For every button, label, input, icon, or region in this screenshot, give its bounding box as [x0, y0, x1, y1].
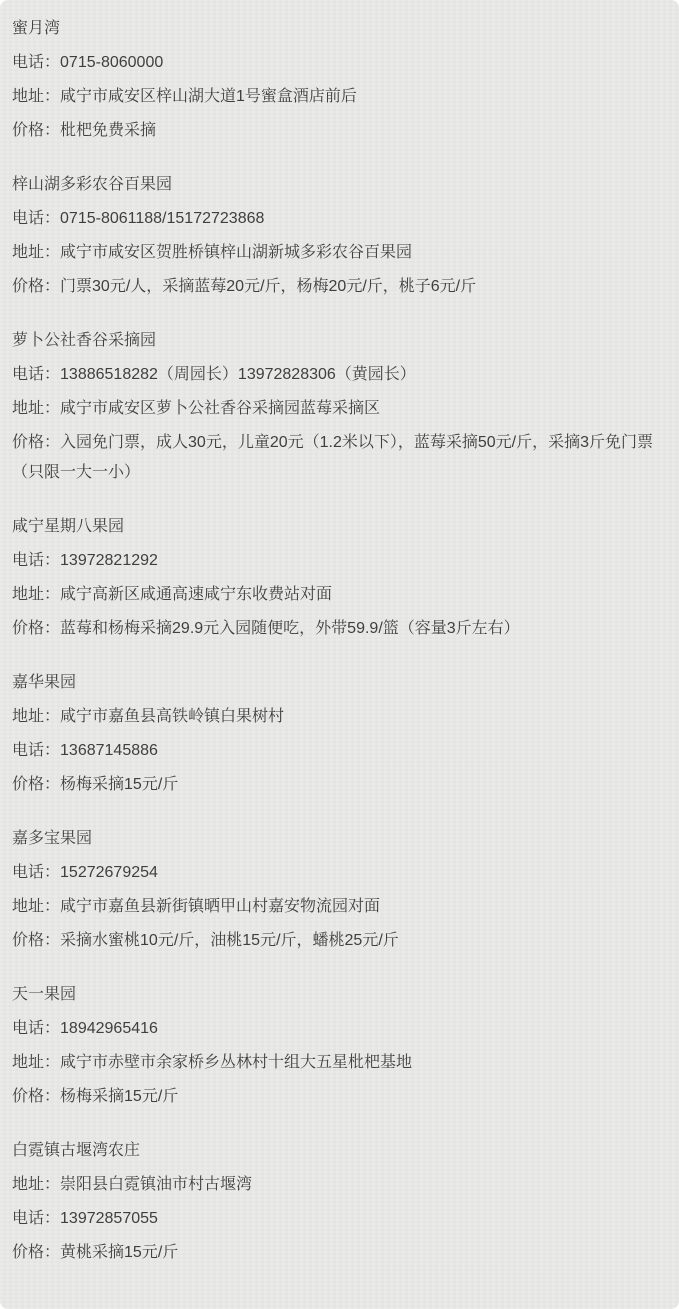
farm-detail-line: 电话：15272679254 — [12, 858, 663, 888]
detail-label: 价格 — [12, 278, 44, 295]
farm-detail-line: 地址：咸宁市咸安区梓山湖大道1号蜜盒酒店前后 — [12, 82, 663, 112]
farm-section: 嘉多宝果园 电话：15272679254 地址：咸宁市嘉鱼县新街镇晒甲山村嘉安物… — [12, 824, 663, 956]
colon-separator: ： — [44, 434, 60, 451]
detail-label: 地址 — [12, 898, 44, 915]
colon-separator: ： — [44, 54, 60, 71]
detail-label: 价格 — [12, 932, 44, 949]
detail-value: 咸宁市咸安区梓山湖大道1号蜜盒酒店前后 — [60, 88, 357, 105]
farm-detail-line: 电话：0715-8060000 — [12, 48, 663, 78]
detail-label: 电话 — [12, 210, 44, 227]
farm-detail-line: 地址：咸宁高新区咸通高速咸宁东收费站对面 — [12, 580, 663, 610]
farm-name: 嘉多宝果园 — [12, 824, 663, 854]
detail-value: 杨梅采摘15元/斤 — [60, 1088, 178, 1105]
detail-value: 咸宁市咸安区贺胜桥镇梓山湖新城多彩农谷百果园 — [60, 244, 412, 261]
detail-label: 价格 — [12, 776, 44, 793]
detail-label: 电话 — [12, 1210, 44, 1227]
colon-separator: ： — [44, 1244, 60, 1261]
detail-value: 咸宁市咸安区萝卜公社香谷采摘园蓝莓采摘区 — [60, 400, 380, 417]
detail-label: 电话 — [12, 1020, 44, 1037]
farm-detail-line: 地址：咸宁市赤壁市余家桥乡丛林村十组大五星枇杷基地 — [12, 1048, 663, 1078]
detail-value: 咸宁市嘉鱼县高铁岭镇白果树村 — [60, 708, 284, 725]
colon-separator: ： — [44, 400, 60, 417]
colon-separator: ： — [44, 1020, 60, 1037]
colon-separator: ： — [44, 366, 60, 383]
detail-label: 电话 — [12, 742, 44, 759]
farm-detail-line: 地址：咸宁市咸安区贺胜桥镇梓山湖新城多彩农谷百果园 — [12, 238, 663, 268]
detail-value: 蓝莓和杨梅采摘29.9元入园随便吃，外带59.9/篮（容量3斤左右） — [60, 620, 520, 637]
colon-separator: ： — [44, 1054, 60, 1071]
colon-separator: ： — [44, 708, 60, 725]
detail-label: 电话 — [12, 54, 44, 71]
farm-detail-line: 价格：门票30元/人，采摘蓝莓20元/斤，杨梅20元/斤，桃子6元/斤 — [12, 272, 663, 302]
farm-name: 萝卜公社香谷采摘园 — [12, 326, 663, 356]
detail-label: 地址 — [12, 708, 44, 725]
colon-separator: ： — [44, 620, 60, 637]
colon-separator: ： — [44, 1088, 60, 1105]
detail-label: 电话 — [12, 366, 44, 383]
farm-detail-line: 地址：咸宁市咸安区萝卜公社香谷采摘园蓝莓采摘区 — [12, 394, 663, 424]
detail-value: 咸宁市嘉鱼县新街镇晒甲山村嘉安物流园对面 — [60, 898, 380, 915]
farm-detail-line: 电话：13972821292 — [12, 546, 663, 576]
detail-label: 地址 — [12, 1054, 44, 1071]
colon-separator: ： — [44, 742, 60, 759]
colon-separator: ： — [44, 210, 60, 227]
farm-section: 萝卜公社香谷采摘园 电话：13886518282（周园长）13972828306… — [12, 326, 663, 488]
colon-separator: ： — [44, 278, 60, 295]
colon-separator: ： — [44, 776, 60, 793]
detail-label: 价格 — [12, 122, 44, 139]
colon-separator: ： — [44, 122, 60, 139]
farm-name: 嘉华果园 — [12, 668, 663, 698]
detail-label: 地址 — [12, 244, 44, 261]
detail-value: 入园免门票，成人30元，儿童20元（1.2米以下），蓝莓采摘50元/斤，采摘3斤… — [12, 434, 653, 481]
farm-detail-line: 电话：13886518282（周园长）13972828306（黄园长） — [12, 360, 663, 390]
detail-label: 价格 — [12, 620, 44, 637]
detail-value: 13687145886 — [60, 742, 158, 759]
farm-detail-line: 地址：咸宁市嘉鱼县高铁岭镇白果树村 — [12, 702, 663, 732]
detail-label: 价格 — [12, 434, 44, 451]
detail-value: 咸宁市赤壁市余家桥乡丛林村十组大五星枇杷基地 — [60, 1054, 412, 1071]
farm-detail-line: 电话：13687145886 — [12, 736, 663, 766]
farm-section: 嘉华果园 地址：咸宁市嘉鱼县高铁岭镇白果树村 电话：13687145886 价格… — [12, 668, 663, 800]
colon-separator: ： — [44, 552, 60, 569]
detail-value: 15272679254 — [60, 864, 158, 881]
detail-label: 电话 — [12, 864, 44, 881]
farm-detail-line: 地址：崇阳县白霓镇油市村古堰湾 — [12, 1170, 663, 1200]
farm-name: 白霓镇古堰湾农庄 — [12, 1136, 663, 1166]
farm-detail-line: 价格：杨梅采摘15元/斤 — [12, 770, 663, 800]
detail-label: 地址 — [12, 1176, 44, 1193]
detail-label: 地址 — [12, 586, 44, 603]
detail-label: 地址 — [12, 88, 44, 105]
farm-detail-line: 价格：黄桃采摘15元/斤 — [12, 1238, 663, 1268]
farm-name: 咸宁星期八果园 — [12, 512, 663, 542]
colon-separator: ： — [44, 1210, 60, 1227]
farm-detail-line: 电话：18942965416 — [12, 1014, 663, 1044]
farm-detail-line: 价格：入园免门票，成人30元，儿童20元（1.2米以下），蓝莓采摘50元/斤，采… — [12, 428, 663, 488]
detail-value: 咸宁高新区咸通高速咸宁东收费站对面 — [60, 586, 332, 603]
detail-value: 0715-8061188/15172723868 — [60, 210, 264, 227]
farm-section: 咸宁星期八果园 电话：13972821292 地址：咸宁高新区咸通高速咸宁东收费… — [12, 512, 663, 644]
farm-listing-article: 蜜月湾 电话：0715-8060000 地址：咸宁市咸安区梓山湖大道1号蜜盒酒店… — [0, 0, 679, 1309]
detail-value: 13972857055 — [60, 1210, 158, 1227]
farm-detail-line: 电话：13972857055 — [12, 1204, 663, 1234]
farm-name: 蜜月湾 — [12, 14, 663, 44]
farm-detail-line: 价格：枇杷免费采摘 — [12, 116, 663, 146]
detail-value: 13972821292 — [60, 552, 158, 569]
colon-separator: ： — [44, 898, 60, 915]
farm-detail-line: 地址：咸宁市嘉鱼县新街镇晒甲山村嘉安物流园对面 — [12, 892, 663, 922]
detail-label: 价格 — [12, 1088, 44, 1105]
detail-value: 13886518282（周园长）13972828306（黄园长） — [60, 366, 416, 383]
colon-separator: ： — [44, 586, 60, 603]
colon-separator: ： — [44, 932, 60, 949]
detail-label: 地址 — [12, 400, 44, 417]
farm-name: 天一果园 — [12, 980, 663, 1010]
farm-name: 梓山湖多彩农谷百果园 — [12, 170, 663, 200]
detail-value: 枇杷免费采摘 — [60, 122, 156, 139]
detail-value: 采摘水蜜桃10元/斤，油桃15元/斤，蟠桃25元/斤 — [60, 932, 399, 949]
detail-value: 0715-8060000 — [60, 54, 163, 71]
colon-separator: ： — [44, 1176, 60, 1193]
farm-section: 蜜月湾 电话：0715-8060000 地址：咸宁市咸安区梓山湖大道1号蜜盒酒店… — [12, 14, 663, 146]
detail-label: 价格 — [12, 1244, 44, 1261]
colon-separator: ： — [44, 88, 60, 105]
detail-value: 门票30元/人，采摘蓝莓20元/斤，杨梅20元/斤，桃子6元/斤 — [60, 278, 476, 295]
farm-section: 梓山湖多彩农谷百果园 电话：0715-8061188/15172723868 地… — [12, 170, 663, 302]
colon-separator: ： — [44, 864, 60, 881]
farm-detail-line: 价格：采摘水蜜桃10元/斤，油桃15元/斤，蟠桃25元/斤 — [12, 926, 663, 956]
farm-section: 白霓镇古堰湾农庄 地址：崇阳县白霓镇油市村古堰湾 电话：13972857055 … — [12, 1136, 663, 1268]
detail-value: 黄桃采摘15元/斤 — [60, 1244, 178, 1261]
farm-detail-line: 价格：杨梅采摘15元/斤 — [12, 1082, 663, 1112]
detail-value: 杨梅采摘15元/斤 — [60, 776, 178, 793]
detail-value: 崇阳县白霓镇油市村古堰湾 — [60, 1176, 252, 1193]
detail-value: 18942965416 — [60, 1020, 158, 1037]
detail-label: 电话 — [12, 552, 44, 569]
colon-separator: ： — [44, 244, 60, 261]
farm-detail-line: 价格：蓝莓和杨梅采摘29.9元入园随便吃，外带59.9/篮（容量3斤左右） — [12, 614, 663, 644]
farm-section: 天一果园 电话：18942965416 地址：咸宁市赤壁市余家桥乡丛林村十组大五… — [12, 980, 663, 1112]
farm-detail-line: 电话：0715-8061188/15172723868 — [12, 204, 663, 234]
